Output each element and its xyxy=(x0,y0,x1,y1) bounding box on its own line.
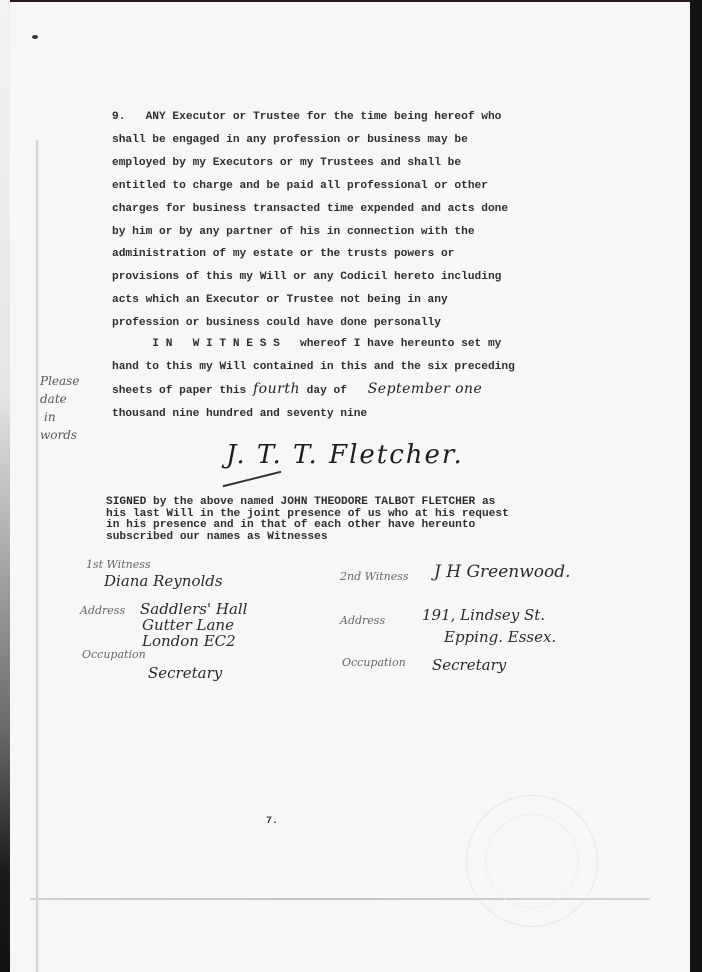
witness-2-occupation-label: Occupation xyxy=(342,656,406,669)
clause-line: profession or business could have done p… xyxy=(112,312,542,335)
testimonium-line-1: I N W I T N E S S whereof I have hereunt… xyxy=(112,333,552,356)
witness-1-label: 1st Witness xyxy=(86,558,151,571)
witness-1-address-label: Address xyxy=(80,604,125,617)
embossed-seal xyxy=(466,795,598,927)
clause-line: 9. ANY Executor or Trustee for the time … xyxy=(112,106,542,129)
clause-9: 9. ANY Executor or Trustee for the time … xyxy=(112,106,542,335)
testimonium-line-4: thousand nine hundred and seventy nine xyxy=(112,403,552,426)
clause-line: entitled to charge and be paid all profe… xyxy=(112,175,542,198)
page-number: 7. xyxy=(266,816,278,827)
witness-2-address-line-2: Epping. Essex. xyxy=(444,628,556,646)
page-fold-edge xyxy=(36,140,39,972)
witness-2-address-line-1: 191, Lindsey St. xyxy=(422,606,545,624)
witness-1-address-line-3: London EC2 xyxy=(142,632,236,650)
margin-note: Please date in words xyxy=(40,372,90,444)
witness-1-name: Diana Reynolds xyxy=(104,572,223,590)
testimonium-line-3: sheets of paper this fourth day of Septe… xyxy=(112,378,552,403)
clause-line: charges for business transacted time exp… xyxy=(112,198,542,221)
clause-line: provisions of this my Will or any Codici… xyxy=(112,266,542,289)
witness-1-occupation: Secretary xyxy=(148,664,222,682)
testimonium-clause: I N W I T N E S S whereof I have hereunt… xyxy=(112,333,552,425)
clause-line: administration of my estate or the trust… xyxy=(112,243,542,266)
clause-line: by him or by any partner of his in conne… xyxy=(112,221,542,244)
embossed-seal-inner xyxy=(485,814,579,908)
clause-line: employed by my Executors or my Trustees … xyxy=(112,152,542,175)
witness-2-name: J H Greenwood. xyxy=(434,562,571,582)
clause-line: shall be engaged in any profession or bu… xyxy=(112,129,542,152)
punch-mark xyxy=(32,35,38,39)
handwritten-month: September one xyxy=(368,381,483,397)
scan-left-edge xyxy=(0,0,10,972)
witness-2-label: 2nd Witness xyxy=(340,570,409,583)
testimonium-line-2: hand to this my Will contained in this a… xyxy=(112,356,552,379)
scan-right-border xyxy=(690,0,702,972)
handwritten-day: fourth xyxy=(253,381,300,397)
witness-1-occupation-label: Occupation xyxy=(82,648,146,661)
scan-top-border xyxy=(0,0,702,2)
witness-2-occupation: Secretary xyxy=(432,656,506,674)
witness-2-address-label: Address xyxy=(340,614,385,627)
clause-line: acts which an Executor or Trustee not be… xyxy=(112,289,542,312)
attestation-clause: SIGNED by the above named JOHN THEODORE … xyxy=(106,497,546,543)
